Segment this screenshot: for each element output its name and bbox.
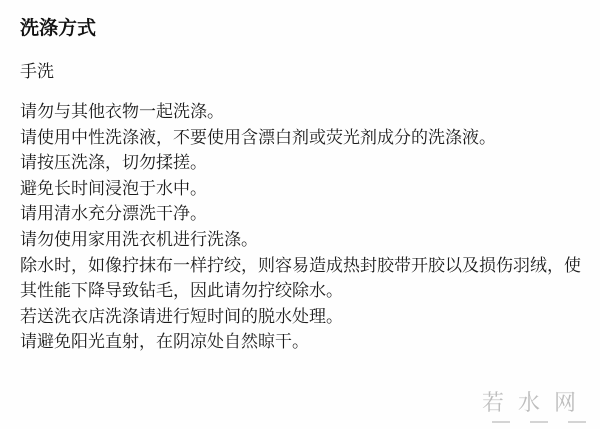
instruction-line: 若送洗衣店洗涤请进行短时间的脱水处理。 [20, 305, 590, 331]
watermark: 若水网 [482, 386, 590, 417]
watermark-underline [492, 421, 586, 423]
care-instructions-document: 洗涤方式 手洗 请勿与其他衣物一起洗涤。 请使用中性洗涤液，不要使用含漂白剂或荧… [20, 14, 590, 356]
instruction-line: 请勿使用家用洗衣机进行洗涤。 [20, 228, 590, 254]
instruction-list: 请勿与其他衣物一起洗涤。 请使用中性洗涤液，不要使用含漂白剂或荧光剂成分的洗涤液… [20, 100, 590, 356]
instruction-line: 避免长时间浸泡于水中。 [20, 177, 590, 203]
watermark-dash [492, 421, 510, 423]
instruction-line: 请使用中性洗涤液，不要使用含漂白剂或荧光剂成分的洗涤液。 [20, 126, 590, 152]
watermark-dash [568, 421, 586, 423]
instruction-line: 请勿与其他衣物一起洗涤。 [20, 100, 590, 126]
watermark-dash [530, 421, 548, 423]
section-title: 洗涤方式 [20, 14, 590, 42]
instruction-line: 请避免阳光直射，在阴凉处自然晾干。 [20, 330, 590, 356]
instruction-line: 除水时，如像拧抹布一样拧绞，则容易造成热封胶带开胶以及损伤羽绒，使其性能下降导致… [20, 254, 590, 305]
instruction-line: 请用清水充分漂洗干净。 [20, 202, 590, 228]
instruction-line: 请按压洗涤，切勿揉搓。 [20, 151, 590, 177]
wash-method: 手洗 [20, 60, 590, 84]
